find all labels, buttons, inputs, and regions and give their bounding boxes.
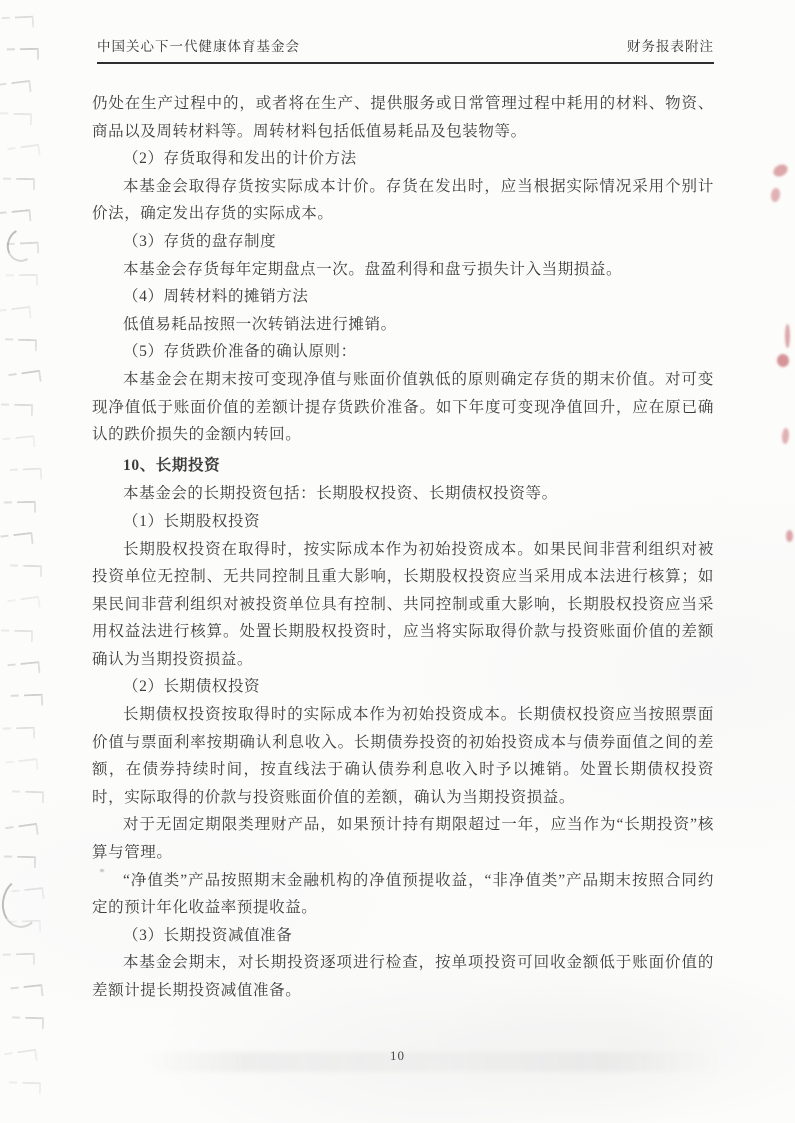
header-document-title: 财务报表附注	[627, 35, 714, 55]
paragraph: 本基金会期末，对长期投资逐项进行检查，按单项投资可回收金额低于账面价值的差额计提…	[92, 949, 714, 1004]
paragraph: 10、长期投资	[92, 452, 714, 480]
paragraph: （3）存货的盘存制度	[92, 228, 714, 256]
paragraph: 长期债权投资按取得时的实际成本作为初始投资成本。长期债权投资应当按照票面价值与票…	[92, 701, 714, 811]
paragraph: （4）周转材料的摊销方法	[92, 283, 714, 311]
ink-bleed-mark	[786, 530, 793, 542]
ink-bleed-mark	[771, 162, 789, 179]
header-organization-name: 中国关心下一代健康体育基金会	[97, 35, 300, 55]
binding-hole-mark	[14, 403, 33, 415]
binding-hole-mark	[18, 339, 37, 352]
page-header: 中国关心下一代健康体育基金会 财务报表附注	[97, 35, 714, 64]
binding-hole-mark	[16, 177, 35, 189]
paragraph: 仍处在生产过程中的，或者将在生产、提供服务或日常管理过程中耗用的材料、物资、商品…	[92, 90, 714, 145]
ink-bleed-mark	[781, 428, 789, 444]
binding-hole-mark	[13, 113, 32, 126]
paragraph: （5）存货跌价准备的确认原则：	[92, 338, 714, 366]
paragraph: （1）长期股权投资	[92, 508, 714, 536]
ink-bleed-mark	[770, 187, 781, 202]
binding-hole-mark	[15, 435, 35, 449]
paragraph: 本基金会的长期投资包括：长期股权投资、长期债权投资等。	[92, 480, 714, 508]
paragraph: 本基金会在期末按可变现净值与账面价值孰低的原则确定存货的期末价值。对可变现净值低…	[92, 366, 714, 449]
binding-hole-mark	[22, 565, 41, 578]
binding-hole-mark	[20, 596, 40, 611]
binding-hole-mark	[16, 726, 35, 739]
binding-hole-mark	[23, 984, 43, 998]
binding-hole-mark	[23, 694, 42, 707]
binding-hole-mark	[19, 274, 38, 286]
ink-bleed-mark	[785, 324, 790, 348]
paragraph: （3）长期投资减值准备	[92, 922, 714, 950]
page-footer: 10	[0, 1048, 795, 1064]
binding-hole-mark	[25, 887, 45, 901]
paragraph: （2）长期债权投资	[92, 673, 714, 701]
paragraph: （2）存货取得和发出的计价方法	[92, 145, 714, 173]
page-number: 10	[390, 1048, 405, 1063]
binding-hole-mark	[21, 1082, 40, 1094]
spiral-binding-marks	[0, 0, 64, 1123]
binding-hole-mark	[21, 370, 41, 384]
binding-hole-mark	[14, 629, 33, 641]
binding-hole-mark	[25, 791, 44, 804]
binding-hole-mark	[18, 758, 38, 772]
document-body: 仍处在生产过程中的，或者将在生产、提供服务或日常管理过程中耗用的材料、物资、商品…	[92, 90, 714, 1005]
ink-bleed-mark	[776, 353, 790, 368]
paragraph: 长期股权投资在取得时，按实际成本作为初始投资成本。如果民间非营利组织对被投资单位…	[92, 536, 714, 674]
binding-hole-mark	[15, 16, 35, 29]
binding-hole-mark	[16, 952, 35, 965]
binding-hole-mark	[25, 1017, 44, 1029]
paragraph: 本基金会存货每年定期盘点一次。盘盈利得和盘亏损失计入当期损益。	[92, 256, 714, 284]
paragraph: 低值易耗品按照一次转销法进行摊销。	[92, 311, 714, 339]
paragraph: 对于无固定期限类理财产品，如果预计持有期限超过一年，应当作为“长期投资”核算与管…	[92, 811, 714, 866]
binding-hole-mark	[20, 144, 40, 158]
binding-hole-mark	[17, 856, 36, 868]
paragraph: 本基金会取得存货按实际成本计价。存货在发出时，应当根据实际情况采用个别计价法，确…	[92, 173, 714, 228]
binding-hole-mark	[22, 920, 41, 933]
binding-hole-mark	[20, 242, 40, 255]
spiral-coil-curve	[0, 875, 45, 930]
binding-hole-mark	[14, 532, 34, 546]
binding-hole-mark	[17, 500, 36, 512]
binding-hole-mark	[12, 79, 32, 93]
spiral-coil-curve	[2, 224, 41, 266]
binding-hole-mark	[20, 661, 40, 675]
scan-speck	[100, 869, 104, 872]
binding-hole-mark	[23, 468, 43, 481]
binding-hole-mark	[20, 48, 39, 60]
paragraph: “净值类”产品按照期末金融机构的净值预提收益，“非净值类”产品期末按照合同约定的…	[92, 867, 714, 922]
binding-hole-mark	[11, 209, 31, 223]
binding-hole-mark	[18, 822, 38, 837]
binding-hole-mark	[11, 306, 31, 320]
